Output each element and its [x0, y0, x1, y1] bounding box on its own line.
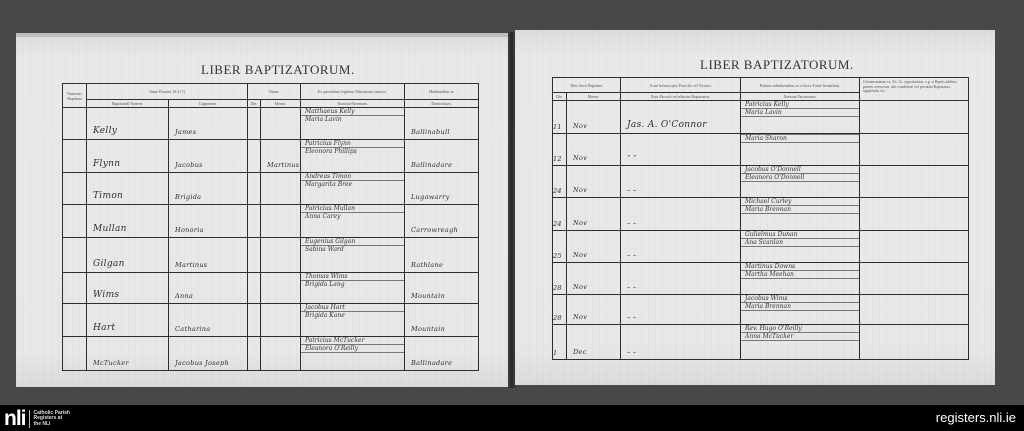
logo-caption: Catholic Parish Registers at the NLI	[34, 411, 70, 428]
header-mense: Mense.	[567, 93, 621, 101]
page-title-right: LIBER BAPTIZATORUM.	[700, 57, 854, 73]
domicile-cell: Ballinadare	[405, 140, 479, 173]
sponsors-cell: Rev. Hugo O'ReillyAnna McTucker	[741, 325, 860, 360]
numerus-cell	[63, 304, 87, 337]
header-habitantibus: Habitantibus in	[405, 84, 479, 100]
register-page-left: LIBER BAPTIZATORUM. Numerus Baptismi Ann…	[16, 33, 510, 387]
parents-cell: Jacobus HartBrigida Kane	[301, 304, 405, 337]
forename-cell: Martinus	[169, 238, 248, 273]
parents-cell: Andreas TimonMargarita Bree	[301, 173, 405, 205]
mensis-cell	[261, 304, 301, 337]
forename-cell: Jacobus	[169, 140, 248, 173]
surname-cell: Flynn	[87, 140, 169, 173]
table-row: 24 Nov – – Michael CurleyMaria Brennan	[553, 198, 969, 231]
page-title-left: LIBER BAPTIZATORUM.	[201, 62, 355, 78]
notes-cell	[860, 325, 969, 360]
dies-cell	[248, 173, 261, 205]
mense-cell: Dec	[567, 325, 621, 360]
priest-cell: ” ”	[621, 134, 741, 166]
mother-name: Brigida Lang	[301, 281, 404, 288]
header-numerus: Numerus Baptismi	[63, 84, 87, 108]
godfather-name: Jacobus O'Donnell	[741, 166, 859, 174]
table-row: Wims Anna Thomas WimsBrigida Lang Mounta…	[63, 273, 479, 304]
forename-cell: Honoria	[169, 205, 248, 238]
notes-cell	[860, 134, 969, 166]
godmother-name: Eleanora O'Donnell	[741, 174, 859, 182]
godmother-name: Anna McTucker	[741, 333, 859, 341]
mense-cell: Nov	[567, 198, 621, 231]
forename-cell: Catharina	[169, 304, 248, 337]
godfather-name: Martinus Downs	[741, 263, 859, 271]
sponsors-cell: Michael CurleyMaria Brennan	[741, 198, 860, 231]
godfather-name: Patricius Kelly	[741, 101, 859, 109]
priest-cell: – –	[621, 166, 741, 198]
mother-name: Brigida Kane	[301, 312, 404, 319]
dies-cell	[248, 205, 261, 238]
header-natus: Natus.	[248, 84, 301, 100]
table-row: 12 Nov ” ” Maria Sharon	[553, 134, 969, 166]
mensis-cell	[261, 205, 301, 238]
notes-cell	[860, 101, 969, 134]
sponsors-cell: Jacobus O'DonnellEleanora O'Donnell	[741, 166, 860, 198]
header-parentes: Ex parentibus legitime Matrimonio juncti…	[301, 84, 405, 100]
table-row: Hart Catharina Jacobus HartBrigida Kane …	[63, 304, 479, 337]
header-circumstantiae: Circumstantiae ex. Ex. Gr. opportunitas,…	[860, 78, 969, 101]
baptism-table-right: Dies Sacri Baptismi A me Infrascripto Pa…	[552, 77, 969, 360]
forename-cell: Jacobus Joseph	[169, 337, 248, 371]
mensis-cell: Martinus	[261, 140, 301, 173]
header-year: Anno Domini 18 4 (?)	[87, 84, 248, 100]
header-domicilium: Domicilium.	[405, 100, 479, 108]
surname-cell: Mullan	[87, 205, 169, 238]
nli-logo[interactable]: nli Catholic Parish Registers at the NLI	[4, 409, 70, 429]
table-row: 25 Nov – – Gulielmus DunanAna Scanlan	[553, 231, 969, 263]
mensis-cell	[261, 238, 301, 273]
header-baptizandi-nomen: Baptizandi Nomen.	[87, 100, 169, 108]
priest-cell: – –	[621, 295, 741, 325]
godfather-name: Rev. Hugo O'Reilly	[741, 325, 859, 333]
header-dies-baptismi: Dies Sacri Baptismi	[553, 78, 621, 93]
priest-cell: Jas. A. O'Connor	[621, 101, 741, 134]
sponsors-cell: Gulielmus DunanAna Scanlan	[741, 231, 860, 263]
header-nomina-parentum: Nomina Parentum.	[301, 100, 405, 108]
mother-name: Anna Carey	[301, 213, 404, 220]
footer-bar: nli Catholic Parish Registers at the NLI…	[0, 405, 1024, 431]
dies-cell	[248, 337, 261, 371]
numerus-cell	[63, 238, 87, 273]
parents-cell: Thomas WimsBrigida Lang	[301, 273, 405, 304]
table-row: Kelly James Matthaeus KellyMaria Lavin B…	[63, 108, 479, 140]
numerus-cell	[63, 108, 87, 140]
father-name: Thomas Wims	[301, 273, 404, 281]
mense-cell: Nov	[567, 231, 621, 263]
surname-cell: Timon	[87, 173, 169, 205]
mense-cell: Nov	[567, 101, 621, 134]
sponsors-cell: Jacobus WimsMaria Brennan	[741, 295, 860, 325]
surname-cell: Kelly	[87, 108, 169, 140]
sponsors-cell: Martinus DownsMartha Meehan	[741, 263, 860, 295]
dies-cell	[248, 273, 261, 304]
table-row: Timon Brigida Andreas TimonMargarita Bre…	[63, 173, 479, 205]
nli-logo-mark: nli	[4, 409, 26, 429]
forename-cell: Anna	[169, 273, 248, 304]
father-name: Eugenius Gilgan	[301, 238, 404, 246]
sponsors-cell: Patricius KellyMaria Lavin	[741, 101, 860, 134]
table-row: 1 Dec – – Rev. Hugo O'ReillyAnna McTucke…	[553, 325, 969, 360]
notes-cell	[860, 166, 969, 198]
parents-cell: Eugenius GilganSabina Ward	[301, 238, 405, 273]
domicile-cell: Ballinabull	[405, 108, 479, 140]
domicile-cell: Mountain	[405, 273, 479, 304]
godfather-name: Jacobus Wims	[741, 295, 859, 303]
notes-cell	[860, 295, 969, 325]
sponsors-cell: Maria Sharon	[741, 134, 860, 166]
mensis-cell	[261, 108, 301, 140]
domicile-cell: Mountain	[405, 304, 479, 337]
mother-name: Margarita Bree	[301, 181, 404, 188]
mother-name: Sabina Ward	[301, 246, 404, 253]
godmother-name: Maria Brennan	[741, 303, 859, 311]
mense-cell: Nov	[567, 134, 621, 166]
notes-cell	[860, 198, 969, 231]
die-cell: 28	[553, 263, 567, 295]
surname-cell: Gilgan	[87, 238, 169, 273]
mense-cell: Nov	[567, 166, 621, 198]
father-name: Patricius Flynn	[301, 140, 404, 148]
notes-cell	[860, 263, 969, 295]
domicile-cell: Ballinadare	[405, 337, 479, 371]
register-page-right: LIBER BAPTIZATORUM. Dies Sacri Baptismi …	[515, 30, 995, 385]
surname-cell: McTucker	[87, 337, 169, 371]
priest-cell: – –	[621, 263, 741, 295]
table-row: 28 Nov – – Martinus DownsMartha Meehan	[553, 263, 969, 295]
die-cell: 24	[553, 166, 567, 198]
table-row: 28 Nov – – Jacobus WimsMaria Brennan	[553, 295, 969, 325]
forename-cell: Brigida	[169, 173, 248, 205]
surname-cell: Hart	[87, 304, 169, 337]
godmother-name: Maria Sharon	[741, 135, 859, 143]
godmother-name: Martha Meehan	[741, 271, 859, 279]
header-cognomen: Cognomen.	[169, 100, 248, 108]
header-nomina-patrinorum: Nomina Patrinorum.	[741, 93, 860, 101]
logo-divider	[29, 410, 30, 428]
parents-cell: Patricius MullanAnna Carey	[301, 205, 405, 238]
notes-cell	[860, 231, 969, 263]
die-cell: 24	[553, 198, 567, 231]
die-cell: 25	[553, 231, 567, 263]
header-die: Die.	[553, 93, 567, 101]
numerus-cell	[63, 273, 87, 304]
table-row: Gilgan Martinus Eugenius GilganSabina Wa…	[63, 238, 479, 273]
die-cell: 1	[553, 325, 567, 360]
header-parochus: A me Infrascripto Parocho vel Vicario.	[621, 78, 741, 93]
mense-cell: Nov	[567, 263, 621, 295]
site-url-link[interactable]: registers.nli.ie	[936, 410, 1016, 425]
priest-cell: – –	[621, 231, 741, 263]
parents-cell: Patricius McTuckerEleanora O'Reilly	[301, 337, 405, 371]
table-row: Flynn Jacobus Martinus Patricius FlynnEl…	[63, 140, 479, 173]
parents-cell: Patricius FlynnEleonora Phillips	[301, 140, 405, 173]
die-cell: 28	[553, 295, 567, 325]
baptism-table-left: Numerus Baptismi Anno Domini 18 4 (?) Na…	[62, 83, 479, 371]
dies-cell	[248, 238, 261, 273]
table-row: McTucker Jacobus Joseph Patricius McTuck…	[63, 337, 479, 371]
father-name: Patricius McTucker	[301, 337, 404, 345]
godfather-name: Gulielmus Dunan	[741, 231, 859, 239]
header-dies: Die.	[248, 100, 261, 108]
forename-cell: James	[169, 108, 248, 140]
domicile-cell: Carrowreagh	[405, 205, 479, 238]
father-name: Andreas Timon	[301, 173, 404, 181]
mense-cell: Nov	[567, 295, 621, 325]
priest-cell: – –	[621, 325, 741, 360]
image-viewer: LIBER BAPTIZATORUM. Numerus Baptismi Ann…	[0, 0, 1024, 403]
dies-cell	[248, 140, 261, 173]
parents-cell: Matthaeus KellyMaria Lavin	[301, 108, 405, 140]
header-patrini: Patrinis admittentibus et a Sacro Fonte …	[741, 78, 860, 93]
die-cell: 11	[553, 101, 567, 134]
father-name: Jacobus Hart	[301, 304, 404, 312]
mensis-cell	[261, 273, 301, 304]
mensis-cell	[261, 173, 301, 205]
table-row: 11 Nov Jas. A. O'Connor Patricius KellyM…	[553, 101, 969, 134]
table-row: Mullan Honoria Patricius MullanAnna Care…	[63, 205, 479, 238]
godmother-name: Maria Brennan	[741, 206, 859, 214]
domicile-cell: Lugawarry	[405, 173, 479, 205]
priest-cell: – –	[621, 198, 741, 231]
mother-name: Maria Lavin	[301, 116, 404, 123]
numerus-cell	[63, 337, 87, 371]
father-name: Patricius Mullan	[301, 205, 404, 213]
godfather-name: Michael Curley	[741, 198, 859, 206]
father-name: Matthaeus Kelly	[301, 108, 404, 116]
mensis-cell	[261, 337, 301, 371]
numerus-cell	[63, 173, 87, 205]
mother-name: Eleonora Phillips	[301, 148, 404, 155]
numerus-cell	[63, 140, 87, 173]
mother-name: Eleanora O'Reilly	[301, 345, 404, 353]
die-cell: 12	[553, 134, 567, 166]
header-parochus-sub: Nota Parochi vel alterius Baptizantis.	[621, 93, 741, 101]
header-mensis: Mense.	[261, 100, 301, 108]
numerus-cell	[63, 205, 87, 238]
dies-cell	[248, 304, 261, 337]
surname-cell: Wims	[87, 273, 169, 304]
godmother-name: Ana Scanlan	[741, 239, 859, 247]
godmother-name: Maria Lavin	[741, 109, 859, 117]
domicile-cell: Rathlane	[405, 238, 479, 273]
logo-caption-line3: the NLI	[34, 422, 70, 428]
table-row: 24 Nov – – Jacobus O'DonnellEleanora O'D…	[553, 166, 969, 198]
dies-cell	[248, 108, 261, 140]
